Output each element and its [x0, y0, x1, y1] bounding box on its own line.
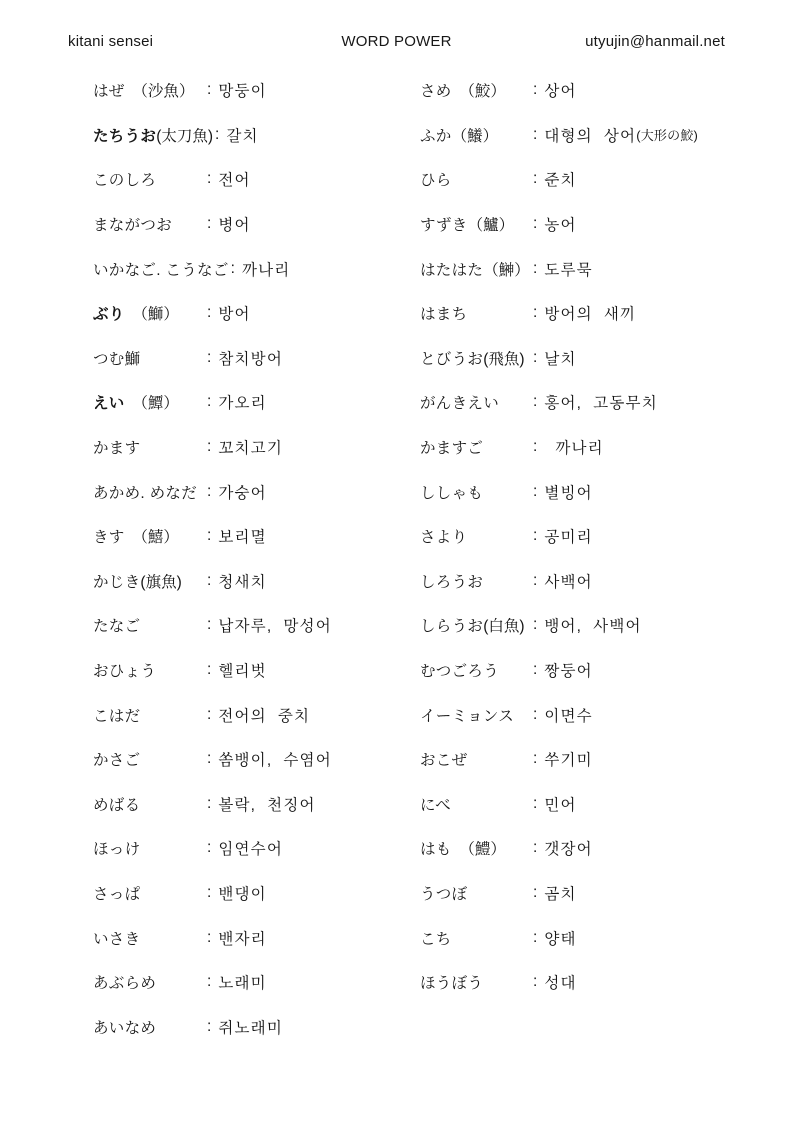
- vocab-entry: かます:꼬치고기: [93, 425, 420, 470]
- jp-term: つむ鰤: [93, 347, 205, 369]
- ko-translation: 망둥이: [218, 79, 267, 101]
- jp-term: あぶらめ: [93, 971, 205, 993]
- vocab-entry: とびうお(飛魚):날치: [420, 336, 764, 381]
- jp-word: あいなめ: [93, 1020, 156, 1037]
- colon-separator: :: [533, 438, 537, 456]
- ko-translation: 가숭어: [218, 481, 267, 503]
- jp-term: たちうお(太刀魚): [93, 124, 213, 146]
- jp-term: しらうお(白魚): [420, 614, 531, 636]
- colon-separator: :: [533, 170, 537, 188]
- ko-translation: 쑤기미: [544, 748, 593, 770]
- ko-translation: 홍어, 고동무치: [544, 391, 658, 413]
- jp-kanji-annotation: （鮫）: [452, 83, 506, 100]
- jp-word: さより: [420, 529, 467, 546]
- colon-separator: :: [533, 483, 537, 501]
- ko-translation: 양태: [544, 927, 576, 949]
- jp-kanji-annotation: (太刀魚): [156, 128, 213, 145]
- jp-term: おひょう: [93, 659, 205, 681]
- vocab-entry: はたはた（鰰）:도루묵: [420, 246, 764, 291]
- ko-translation: 밴댕이: [218, 882, 267, 904]
- jp-word: えい: [93, 395, 125, 412]
- vocab-entry: つむ鰤:참치방어: [93, 336, 420, 381]
- vocab-entry: いさき:밴자리: [93, 915, 420, 960]
- jp-term: むつごろう: [420, 659, 531, 681]
- colon-separator: :: [207, 884, 211, 902]
- colon-separator: :: [207, 349, 211, 367]
- ko-translation: 참치방어: [218, 347, 283, 369]
- jp-kanji-annotation: （沙魚）: [125, 83, 195, 100]
- colon-separator: :: [207, 304, 211, 322]
- vocab-entry: はも （鱧）:갯장어: [420, 826, 764, 871]
- jp-word: つむ鰤: [93, 351, 140, 368]
- jp-term: がんきえい: [420, 391, 531, 413]
- colon-separator: :: [215, 126, 219, 144]
- page-title: WORD POWER: [341, 33, 451, 50]
- jp-word: このしろ: [93, 172, 156, 189]
- colon-separator: :: [533, 929, 537, 947]
- colon-separator: :: [207, 839, 211, 857]
- jp-term: イーミョンス: [420, 704, 531, 726]
- jp-term: はまち: [420, 302, 531, 324]
- jp-term: こはだ: [93, 704, 205, 726]
- ko-translation: 이면수: [544, 704, 593, 726]
- colon-separator: :: [207, 527, 211, 545]
- jp-word: あぶらめ: [93, 975, 156, 992]
- jp-word: むつごろう: [420, 663, 499, 680]
- vocab-entry: こはだ:전어의 중치: [93, 692, 420, 737]
- jp-term: とびうお(飛魚): [420, 347, 531, 369]
- vocab-entry: あぶらめ:노래미: [93, 960, 420, 1005]
- vocab-entry: むつごろう:짱둥어: [420, 648, 764, 693]
- document-page: kitani sensei WORD POWER utyujin@hanmail…: [0, 0, 794, 1122]
- jp-word: すずき: [420, 217, 468, 234]
- colon-separator: :: [533, 81, 537, 99]
- jp-kanji-annotation: （鰰）: [483, 262, 530, 279]
- colon-separator: :: [207, 661, 211, 679]
- jp-term: しろうお: [420, 570, 531, 592]
- colon-separator: :: [207, 706, 211, 724]
- jp-word: はぜ: [93, 83, 125, 100]
- colon-separator: :: [207, 572, 211, 590]
- jp-term: ふか（鱶）: [420, 124, 531, 146]
- colon-separator: :: [533, 260, 537, 278]
- ko-translation: 보리멸: [218, 525, 267, 547]
- jp-kanji-annotation: （鱶）: [452, 128, 499, 145]
- colon-separator: :: [533, 527, 537, 545]
- ko-translation: 갈치: [226, 124, 258, 146]
- jp-word: ふか: [420, 128, 452, 145]
- vocab-entry: うつぼ:곰치: [420, 871, 764, 916]
- colon-separator: :: [207, 929, 211, 947]
- colon-separator: :: [207, 616, 211, 634]
- jp-word: しろうお: [420, 574, 483, 591]
- jp-term: はも （鱧）: [420, 837, 531, 859]
- ko-translation: 민어: [544, 793, 576, 815]
- jp-word: たなご: [93, 618, 140, 635]
- colon-separator: :: [207, 215, 211, 233]
- ko-translation: 도루묵: [544, 258, 593, 280]
- jp-term: はぜ （沙魚）: [93, 79, 205, 101]
- header-author: kitani sensei: [68, 33, 341, 50]
- jp-term: えい （鱏）: [93, 391, 205, 413]
- vocab-entry: まながつお:병어: [93, 202, 420, 247]
- jp-word: まながつお: [93, 217, 172, 234]
- jp-word: いかなご. こうなご: [93, 262, 229, 279]
- colon-separator: :: [207, 81, 211, 99]
- jp-word: こち: [420, 931, 452, 948]
- jp-word: あかめ. めなだ: [93, 485, 197, 502]
- ko-translation: 전어의 중치: [218, 704, 310, 726]
- ko-translation: 공미리: [544, 525, 593, 547]
- vocab-entry: きす （鱚）:보리멸: [93, 514, 420, 559]
- jp-term: ししゃも: [420, 481, 531, 503]
- vocab-entry: たなご:납자루, 망성어: [93, 603, 420, 648]
- ko-translation: 노래미: [218, 971, 267, 993]
- vocab-entry: がんきえい:홍어, 고동무치: [420, 380, 764, 425]
- jp-word: にべ: [420, 797, 451, 814]
- jp-word: うつぼ: [420, 886, 467, 903]
- vocab-entry: すずき（鱸）:농어: [420, 202, 764, 247]
- vocab-entry: さめ （鮫）:상어: [420, 68, 764, 113]
- vocab-entry: イーミョンス:이면수: [420, 692, 764, 737]
- jp-word: ししゃも: [420, 485, 483, 502]
- vocab-entry: ほうぼう:성대: [420, 960, 764, 1005]
- colon-separator: :: [207, 795, 211, 813]
- jp-term: おこぜ: [420, 748, 531, 770]
- jp-term: うつぼ: [420, 882, 531, 904]
- colon-separator: :: [207, 973, 211, 991]
- vocab-entry: えい （鱏）:가오리: [93, 380, 420, 425]
- jp-term: ひら: [420, 168, 531, 190]
- vocab-entry: かじき(旗魚):청새치: [93, 559, 420, 604]
- ko-translation-note: (大形の鮫): [636, 125, 698, 144]
- jp-word: おこぜ: [420, 752, 467, 769]
- ko-translation: 곰치: [544, 882, 576, 904]
- jp-term: にべ: [420, 793, 531, 815]
- ko-translation: 갯장어: [544, 837, 593, 859]
- jp-kanji-annotation: (飛魚): [483, 351, 524, 368]
- colon-separator: :: [533, 795, 537, 813]
- vocab-entry: こち:양태: [420, 915, 764, 960]
- ko-translation: 병어: [218, 213, 250, 235]
- colon-separator: :: [533, 750, 537, 768]
- colon-separator: :: [533, 349, 537, 367]
- colon-separator: :: [207, 438, 211, 456]
- jp-word: こはだ: [93, 708, 140, 725]
- jp-term: ほっけ: [93, 837, 205, 859]
- ko-translation: 대형의 상어: [544, 124, 636, 146]
- jp-kanji-annotation: （鱸）: [468, 217, 515, 234]
- jp-word: はまち: [420, 306, 467, 323]
- jp-term: こち: [420, 927, 531, 949]
- colon-separator: :: [533, 616, 537, 634]
- jp-term: かます: [93, 436, 205, 458]
- colon-separator: :: [207, 750, 211, 768]
- vocab-entry: たちうお(太刀魚):갈치: [93, 113, 420, 158]
- vocab-entry: いかなご. こうなご:까나리: [93, 246, 420, 291]
- colon-separator: :: [533, 973, 537, 991]
- vocab-entry: ぶり （鰤）:방어: [93, 291, 420, 336]
- jp-word: しらうお: [420, 618, 483, 635]
- colon-separator: :: [533, 393, 537, 411]
- ko-translation: 임연수어: [218, 837, 283, 859]
- jp-term: きす （鱚）: [93, 525, 205, 547]
- jp-word: ひら: [420, 172, 452, 189]
- jp-term: たなご: [93, 614, 205, 636]
- vocab-list: はぜ （沙魚）:망둥이たちうお(太刀魚):갈치このしろ:전어まながつお:병어いか…: [0, 68, 794, 1049]
- ko-translation: 청새치: [218, 570, 267, 592]
- colon-separator: :: [533, 304, 537, 322]
- ko-translation: 납자루, 망성어: [218, 614, 332, 636]
- vocab-entry: しらうお(白魚):뱅어, 사백어: [420, 603, 764, 648]
- vocab-entry: ふか（鱶）:대형의 상어(大形の鮫): [420, 113, 764, 158]
- ko-translation: 전어: [218, 168, 250, 190]
- vocab-column-right: さめ （鮫）:상어ふか（鱶）:대형의 상어(大形の鮫)ひら:준치すずき（鱸）:농…: [420, 68, 764, 1049]
- colon-separator: :: [533, 839, 537, 857]
- vocab-entry: にべ:민어: [420, 782, 764, 827]
- ko-translation: 방어의 새끼: [544, 302, 636, 324]
- jp-word: ほうぼう: [420, 975, 483, 992]
- colon-separator: :: [533, 706, 537, 724]
- colon-separator: :: [207, 483, 211, 501]
- jp-term: さめ （鮫）: [420, 79, 531, 101]
- vocab-column-left: はぜ （沙魚）:망둥이たちうお(太刀魚):갈치このしろ:전어まながつお:병어いか…: [93, 68, 420, 1049]
- header-email: utyujin@hanmail.net: [452, 33, 725, 50]
- jp-kanji-annotation: （鱚）: [125, 529, 179, 546]
- jp-word: がんきえい: [420, 395, 499, 412]
- jp-word: かさご: [93, 752, 140, 769]
- vocab-entry: ししゃも:별빙어: [420, 469, 764, 514]
- ko-translation: 헬리벗: [218, 659, 267, 681]
- jp-term: さっぱ: [93, 882, 205, 904]
- ko-translation: 쥐노래미: [218, 1016, 283, 1038]
- jp-word: はたはた: [420, 262, 483, 279]
- jp-word: イーミョンス: [420, 708, 514, 725]
- jp-word: さめ: [420, 83, 452, 100]
- jp-term: あかめ. めなだ: [93, 481, 205, 503]
- ko-translation: 꼬치고기: [218, 436, 283, 458]
- jp-term: はたはた（鰰）: [420, 258, 531, 280]
- jp-term: まながつお: [93, 213, 205, 235]
- jp-term: このしろ: [93, 168, 205, 190]
- jp-term: いかなご. こうなご: [93, 258, 229, 280]
- jp-kanji-annotation: (白魚): [483, 618, 524, 635]
- ko-translation: 밴자리: [218, 927, 267, 949]
- jp-term: めばる: [93, 793, 205, 815]
- vocab-entry: おこぜ:쑤기미: [420, 737, 764, 782]
- ko-translation: 별빙어: [544, 481, 593, 503]
- ko-translation: 가오리: [218, 391, 267, 413]
- jp-term: かますご: [420, 436, 531, 458]
- vocab-entry: あいなめ:쥐노래미: [93, 1004, 420, 1049]
- jp-word: かます: [93, 440, 140, 457]
- jp-kanji-annotation: （鰤）: [125, 306, 179, 323]
- jp-word: いさき: [93, 931, 140, 948]
- ko-translation: 쏨뱅이, 수염어: [218, 748, 332, 770]
- ko-translation: 농어: [544, 213, 576, 235]
- vocab-entry: めばる:볼락, 천징어: [93, 782, 420, 827]
- jp-term: すずき（鱸）: [420, 213, 531, 235]
- vocab-entry: さより:공미리: [420, 514, 764, 559]
- jp-kanji-annotation: （鱏）: [125, 395, 179, 412]
- vocab-entry: ひら:준치: [420, 157, 764, 202]
- colon-separator: :: [231, 260, 235, 278]
- jp-term: いさき: [93, 927, 205, 949]
- vocab-entry: かますご: 까나리: [420, 425, 764, 470]
- colon-separator: :: [533, 215, 537, 233]
- colon-separator: :: [533, 572, 537, 590]
- vocab-entry: おひょう:헬리벗: [93, 648, 420, 693]
- ko-translation: 까나리: [544, 436, 604, 458]
- jp-word: とびうお: [420, 351, 483, 368]
- ko-translation: 까나리: [242, 258, 291, 280]
- ko-translation: 짱둥어: [544, 659, 593, 681]
- jp-kanji-annotation: （鱧）: [452, 841, 506, 858]
- jp-word: めばる: [93, 797, 140, 814]
- jp-term: かじき(旗魚): [93, 570, 205, 592]
- ko-translation: 볼락, 천징어: [218, 793, 315, 815]
- jp-word: かますご: [420, 440, 483, 457]
- vocab-entry: ほっけ:임연수어: [93, 826, 420, 871]
- ko-translation: 날치: [544, 347, 576, 369]
- jp-word: たちうお: [93, 128, 156, 145]
- vocab-entry: かさご:쏨뱅이, 수염어: [93, 737, 420, 782]
- colon-separator: :: [207, 393, 211, 411]
- jp-word: さっぱ: [93, 886, 140, 903]
- colon-separator: :: [533, 884, 537, 902]
- jp-word: はも: [420, 841, 452, 858]
- vocab-entry: このしろ:전어: [93, 157, 420, 202]
- jp-kanji-annotation: (旗魚): [140, 574, 181, 591]
- ko-translation: 사백어: [544, 570, 593, 592]
- vocab-entry: あかめ. めなだ:가숭어: [93, 469, 420, 514]
- ko-translation: 상어: [544, 79, 576, 101]
- jp-term: ほうぼう: [420, 971, 531, 993]
- jp-word: かじき: [93, 574, 140, 591]
- jp-word: ほっけ: [93, 841, 140, 858]
- ko-translation: 준치: [544, 168, 576, 190]
- colon-separator: :: [207, 170, 211, 188]
- ko-translation: 뱅어, 사백어: [544, 614, 641, 636]
- ko-translation: 방어: [218, 302, 250, 324]
- vocab-entry: さっぱ:밴댕이: [93, 871, 420, 916]
- vocab-entry: はぜ （沙魚）:망둥이: [93, 68, 420, 113]
- jp-word: きす: [93, 529, 125, 546]
- page-header: kitani sensei WORD POWER utyujin@hanmail…: [0, 0, 794, 50]
- colon-separator: :: [207, 1018, 211, 1036]
- vocab-entry: しろうお:사백어: [420, 559, 764, 604]
- ko-translation: 성대: [544, 971, 576, 993]
- jp-word: ぶり: [93, 306, 125, 323]
- jp-term: あいなめ: [93, 1016, 205, 1038]
- colon-separator: :: [533, 661, 537, 679]
- vocab-entry: はまち:방어의 새끼: [420, 291, 764, 336]
- colon-separator: :: [533, 126, 537, 144]
- jp-term: ぶり （鰤）: [93, 302, 205, 324]
- jp-word: おひょう: [93, 663, 156, 680]
- jp-term: かさご: [93, 748, 205, 770]
- jp-term: さより: [420, 525, 531, 547]
